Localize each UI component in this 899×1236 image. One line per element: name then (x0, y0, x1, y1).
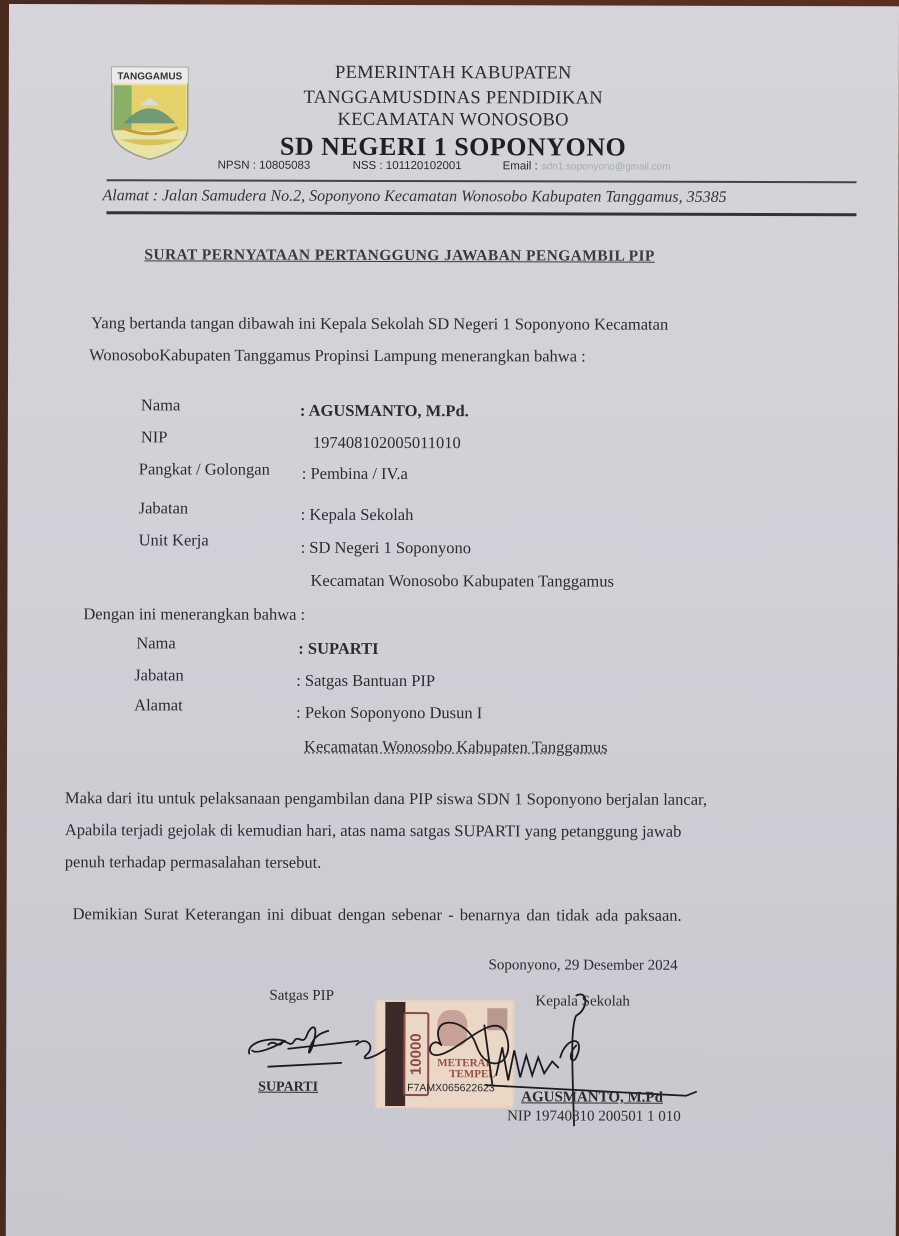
field-label-jabatan: Jabatan (139, 498, 189, 518)
stamp-corner-mark (487, 1008, 507, 1030)
stamp-label-bottom: TEMPEL (449, 1069, 495, 1080)
school-address: Alamat : Jalan Samudera No.2, Soponyono … (102, 187, 726, 207)
right-signer-role: Kepala Sekolah (535, 993, 630, 1010)
closing-statement: Demikian Surat Keterangan ini dibuat den… (73, 904, 682, 926)
email-label: Email : (503, 160, 538, 172)
field-value-unit-kerja-line-2: Kecamatan Wonosobo Kabupaten Tanggamus (310, 571, 614, 592)
letterhead-line-1: PEMERINTAH KABUPATEN (4, 62, 899, 85)
header-rule-top (107, 179, 857, 182)
left-signer-role: Satgas PIP (269, 988, 334, 1005)
email-value: sdn1.soponyono@gmail.com (542, 161, 671, 172)
declared-value-alamat-line-2: Kecamatan Wonosobo Kabupaten Tanggamus (304, 737, 608, 758)
field-value-pangkat: : Pembina / IV.a (302, 464, 408, 484)
npsn: NPSN : 10805083 (218, 160, 311, 172)
intro-line-1: Yang bertanda tangan dibawah ini Kepala … (91, 313, 668, 335)
letterhead-line-2: TANGGAMUSDINAS PENDIDIKAN (4, 87, 899, 110)
revenue-stamp: 10000 METERAI TEMPEL F7AMX065622623 (375, 1000, 514, 1108)
declared-intro: Dengan ini menerangkan bahwa : (83, 604, 305, 625)
field-value-nip: 197408102005011010 (313, 433, 461, 453)
right-signer-name: AGUSMANTO, M.Pd (521, 1089, 663, 1106)
school-name: SD NEGERI 1 SOPONYONO (4, 131, 899, 163)
field-label-nip: NIP (141, 427, 168, 447)
document-title: SURAT PERNYATAAN PERTANGGUNG JAWABAN PEN… (144, 246, 655, 265)
nss: NSS : 101120102001 (353, 160, 462, 172)
header-rule-bottom (106, 211, 856, 216)
declared-label-nama: Nama (136, 633, 175, 653)
declared-value-nama: : SUPARTI (298, 639, 378, 659)
field-value-unit-kerja: : SD Negeri 1 Soponyono (301, 538, 472, 558)
right-signer-nip: NIP 19740810 200501 1 010 (507, 1108, 681, 1125)
statement-line-2: Apabila terjadi gejolak di kemudian hari… (65, 820, 682, 842)
statement-line-3: penuh terhadap permasalahan tersebut. (65, 852, 322, 873)
field-value-nama: : AGUSMANTO, M.Pd. (300, 401, 469, 421)
letterhead-line-3: KECAMATAN WONOSOBO (4, 109, 899, 132)
declared-label-alamat: Alamat (134, 695, 183, 715)
declared-value-alamat: : Pekon Soponyono Dusun I (296, 703, 482, 723)
field-label-unit-kerja: Unit Kerja (139, 530, 209, 550)
letter-paper: TANGGAMUS PEMERINTAH KABUPATEN TANGGAMUS… (6, 4, 899, 1236)
field-label-pangkat: Pangkat / Golongan (139, 459, 270, 479)
intro-line-2: WonosoboKabupaten Tanggamus Propinsi Lam… (89, 345, 586, 366)
signature-suparti-icon (249, 1027, 386, 1067)
place-and-date: Soponyono, 29 Desember 2024 (488, 957, 677, 974)
stamp-serial: F7AMX065622623 (407, 1082, 495, 1094)
declared-value-jabatan: : Satgas Bantuan PIP (296, 671, 435, 691)
declared-label-jabatan: Jabatan (134, 665, 184, 685)
statement-line-1: Maka dari itu untuk pelaksanaan pengambi… (65, 788, 707, 810)
garuda-emblem-icon (437, 1010, 467, 1046)
left-signer-name: SUPARTI (258, 1080, 318, 1096)
field-label-nama: Nama (141, 395, 180, 415)
field-value-jabatan: : Kepala Sekolah (301, 505, 414, 525)
